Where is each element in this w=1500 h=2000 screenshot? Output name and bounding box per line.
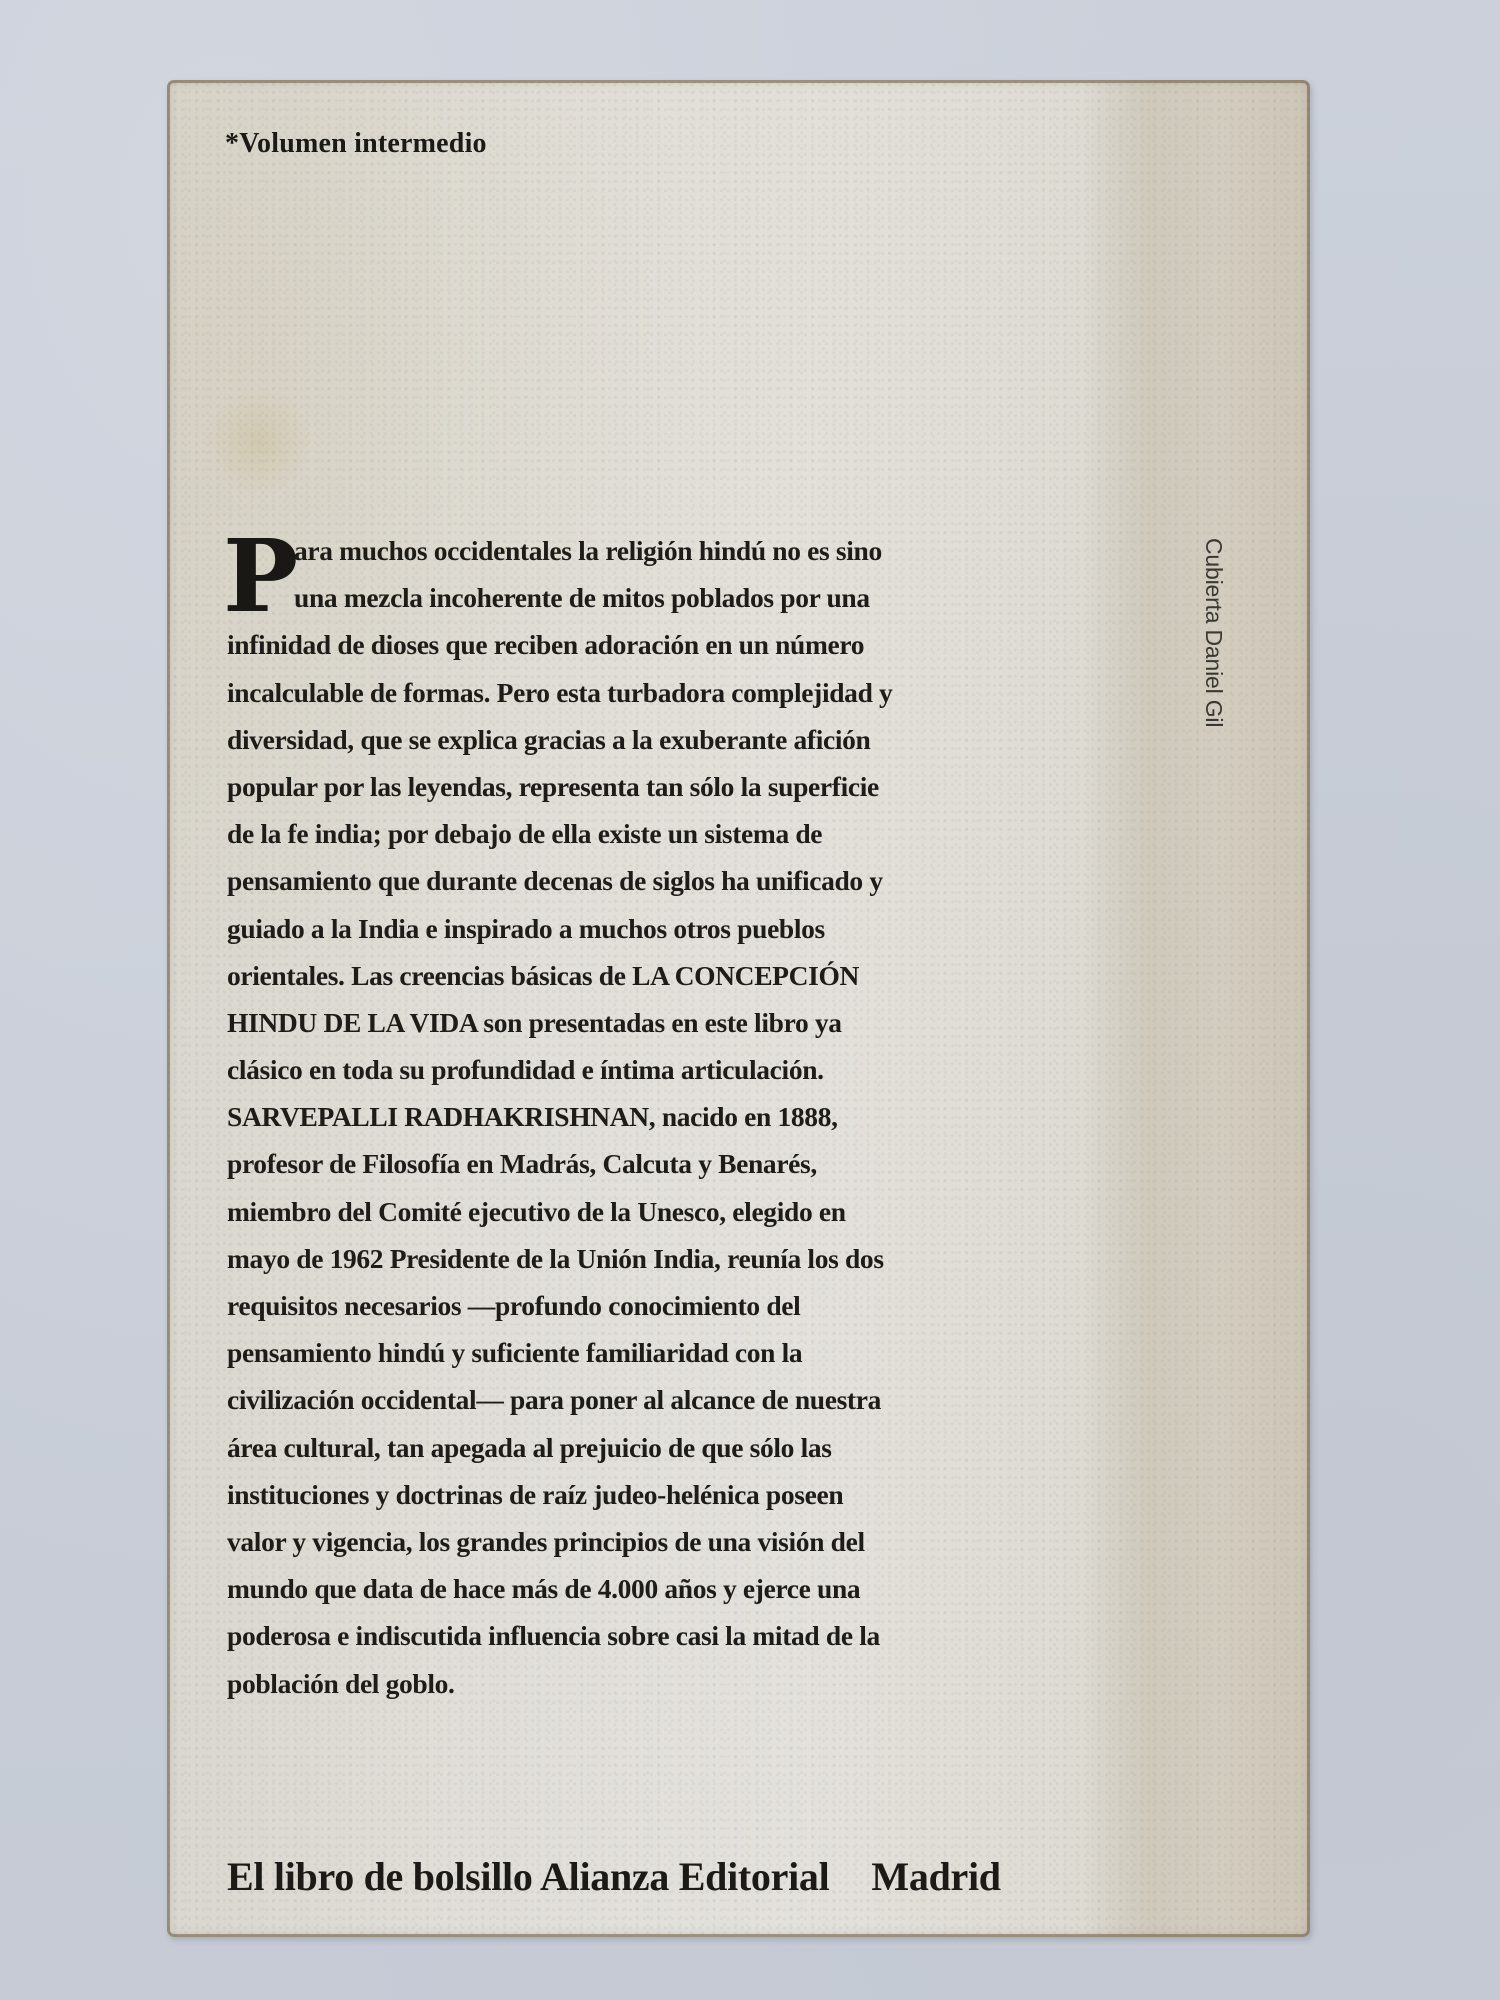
blurb-line: poderosa e indiscutida influencia sobre … [227, 1612, 1097, 1659]
blurb-line: civilización occidental— para poner al a… [227, 1376, 1097, 1423]
blurb-line: área cultural, tan apegada al prejuicio … [227, 1424, 1097, 1471]
blurb-line: profesor de Filosofía en Madrás, Calcuta… [227, 1140, 1097, 1187]
volume-note: *Volumen intermedio [225, 128, 487, 160]
blurb-line: de la fe india; por debajo de ella exist… [227, 810, 1097, 857]
blurb-line: popular por las leyendas, representa tan… [227, 763, 1097, 810]
publisher-series: El libro de bolsillo Alianza Editorial [227, 1854, 829, 1899]
blurb-line: mundo que data de hace más de 4.000 años… [227, 1565, 1097, 1612]
publisher-city: Madrid [871, 1854, 1000, 1899]
blurb-line: SARVEPALLI RADHAKRISHNAN, nacido en 1888… [227, 1093, 1097, 1140]
publisher-footer: El libro de bolsillo Alianza EditorialMa… [227, 1853, 1001, 1900]
blurb-line: instituciones y doctrinas de raíz judeo-… [227, 1471, 1097, 1518]
blurb-line: clásico en toda su profundidad e íntima … [227, 1046, 1097, 1093]
blurb-line: población del goblo. [227, 1660, 1097, 1707]
blurb-line: una mezcla incoherente de mitos poblados… [227, 574, 1097, 621]
blurb-line: pensamiento hindú y suficiente familiari… [227, 1329, 1097, 1376]
blurb-paragraph: P ara muchos occidentales la religión hi… [227, 527, 1097, 1707]
drop-cap: P [223, 531, 298, 621]
blurb-line: HINDU DE LA VIDA son presentadas en este… [227, 999, 1097, 1046]
blurb-line: miembro del Comité ejecutivo de la Unesc… [227, 1188, 1097, 1235]
blurb-line: pensamiento que durante decenas de siglo… [227, 857, 1097, 904]
blurb-line: ara muchos occidentales la religión hind… [227, 527, 1097, 574]
blurb-line: requisitos necesarios —profundo conocimi… [227, 1282, 1097, 1329]
book-back-cover: *Volumen intermedio P ara muchos occiden… [167, 80, 1310, 1937]
blurb-line: valor y vigencia, los grandes principios… [227, 1518, 1097, 1565]
blurb-line: orientales. Las creencias básicas de LA … [227, 952, 1097, 999]
cover-credit: Cubierta Daniel Gil [1200, 538, 1227, 727]
blurb-line: guiado a la India e inspirado a muchos o… [227, 905, 1097, 952]
blurb-line: incalculable de formas. Pero esta turbad… [227, 669, 1097, 716]
blurb-line: mayo de 1962 Presidente de la Unión Indi… [227, 1235, 1097, 1282]
blurb-line: diversidad, que se explica gracias a la … [227, 716, 1097, 763]
blurb-line: infinidad de dioses que reciben adoració… [227, 621, 1097, 668]
